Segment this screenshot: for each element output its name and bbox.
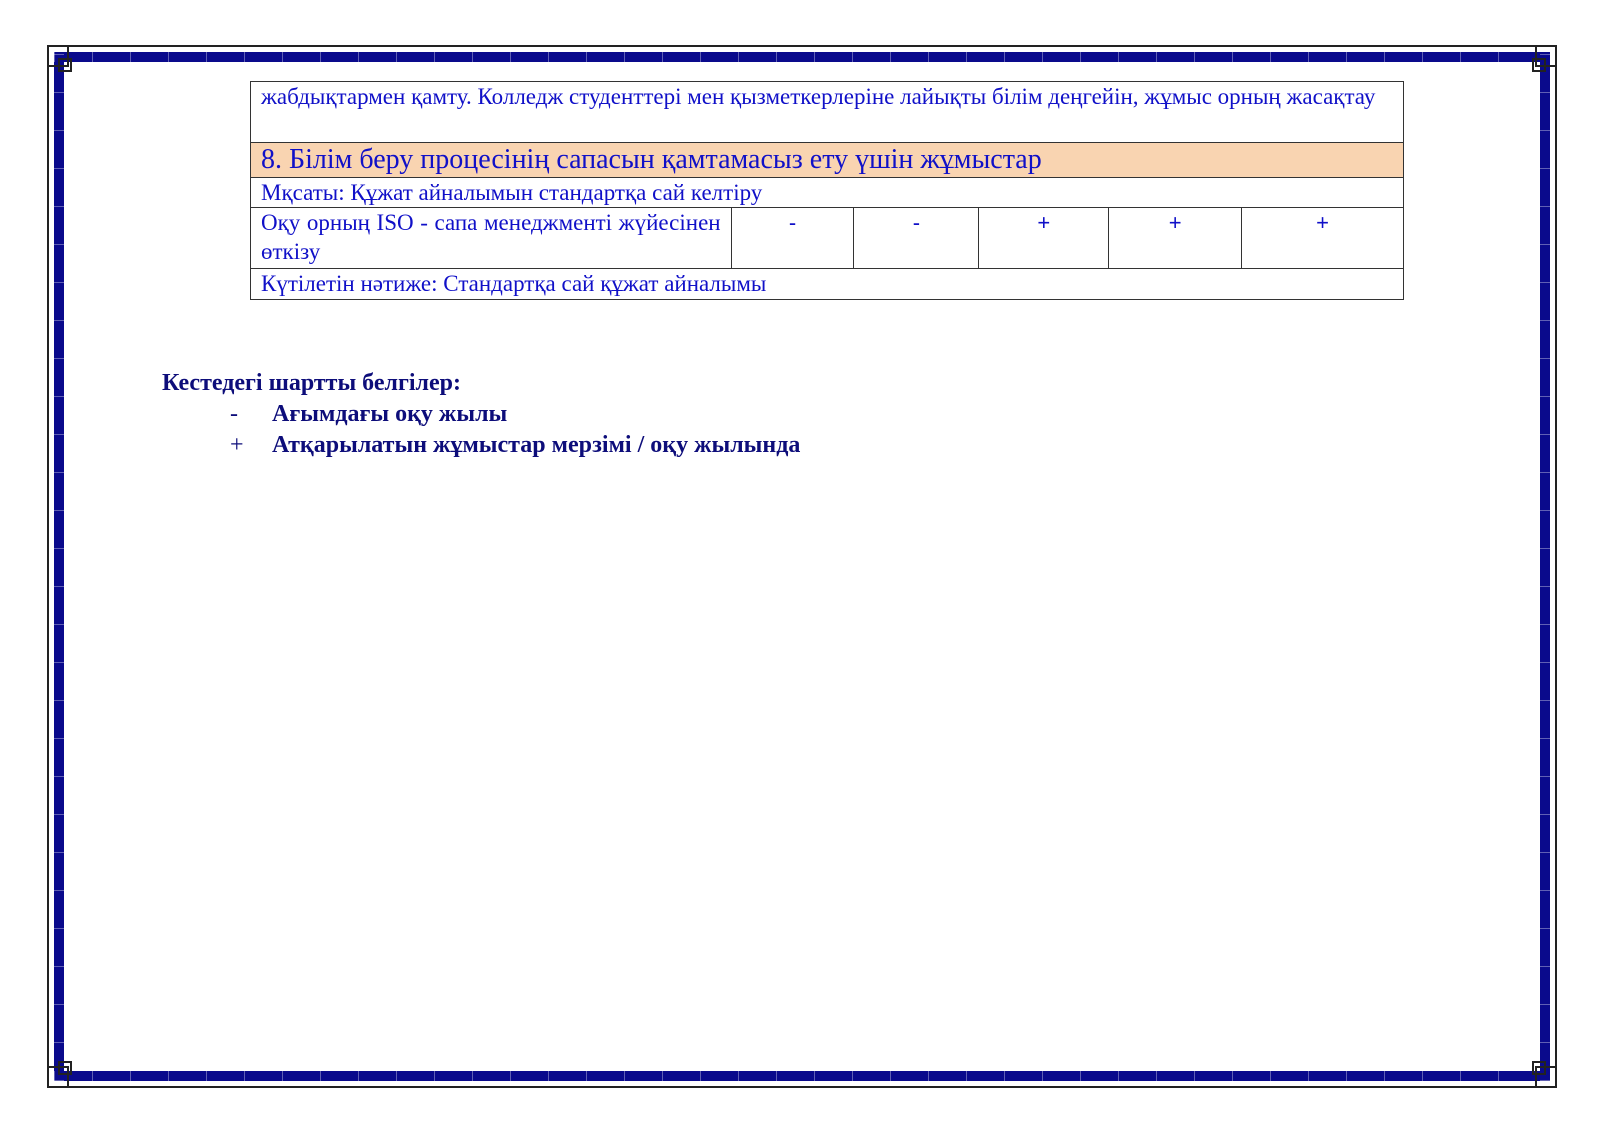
task-mark-year-5: + (1242, 208, 1404, 269)
table-row-section-heading: 8. Білім беру процесінің сапасын қамтама… (251, 143, 1404, 178)
frame-corner-bottom-left-inner (58, 1061, 72, 1075)
task-mark-year-4: + (1109, 208, 1242, 269)
task-mark-year-1: - (731, 208, 854, 269)
table-legend: Кестедегі шартты белгілер: - Ағымдағы оқ… (162, 368, 800, 461)
task-description: Оқу орның ISO - сапа менеджменті жүйесін… (251, 208, 732, 269)
task-mark-year-3: + (979, 208, 1109, 269)
table-row-goal: Мқсаты: Құжат айналымын стандартқа сай к… (251, 178, 1404, 208)
plan-table: жабдықтармен қамту. Колледж студенттері … (250, 81, 1404, 300)
legend-item-work-period: + Атқарылатын жұмыстар мерзімі / оқу жыл… (162, 430, 800, 461)
frame-corner-bottom-right-inner (1532, 1061, 1546, 1075)
legend-item-current-year: - Ағымдағы оқу жылы (162, 399, 800, 430)
continuation-text: жабдықтармен қамту. Колледж студенттері … (251, 82, 1404, 143)
section-title: 8. Білім беру процесінің сапасын қамтама… (251, 143, 1404, 178)
legend-title: Кестедегі шартты белгілер: (162, 368, 800, 399)
table-row-task: Оқу орның ISO - сапа менеджменті жүйесін… (251, 208, 1404, 269)
expected-result-text: Күтілетін нәтиже: Стандартқа сай құжат а… (251, 269, 1404, 300)
frame-corner-top-left-inner (58, 58, 72, 72)
goal-text: Мқсаты: Құжат айналымын стандартқа сай к… (251, 178, 1404, 208)
legend-label: Ағымдағы оқу жылы (272, 399, 507, 430)
task-mark-year-2: - (854, 208, 979, 269)
table-row-continuation: жабдықтармен қамту. Колледж студенттері … (251, 82, 1404, 143)
legend-label: Атқарылатын жұмыстар мерзімі / оқу жылын… (272, 430, 800, 461)
legend-symbol-minus: - (230, 399, 272, 430)
legend-symbol-plus: + (230, 430, 272, 461)
table-row-expected-result: Күтілетін нәтиже: Стандартқа сай құжат а… (251, 269, 1404, 300)
frame-corner-top-right-inner (1532, 58, 1546, 72)
